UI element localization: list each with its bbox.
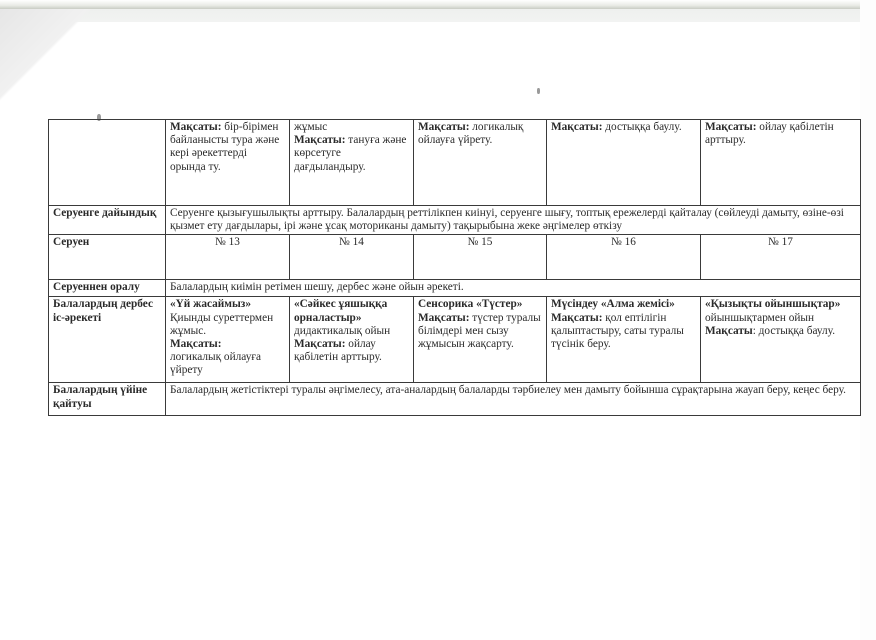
daily-plan-table: Мақсаты: бір-бірімен байланысты тура жән…	[48, 119, 861, 416]
walk-prep-text: Серуенге қызығушылықты арттыру. Балалард…	[166, 206, 861, 235]
cell-body-text: логикалық ойлауға үйрету	[170, 351, 261, 376]
goal-cell: Мақсаты: бір-бірімен байланысты тура жән…	[166, 120, 290, 206]
cell-heading-text: «Үй жасаймыз»	[170, 298, 251, 310]
cell-heading-text: Мақсаты:	[294, 338, 345, 350]
walk-number: № 16	[547, 235, 701, 280]
table-row: Серуеннен оралу Балалардың киімін ретіме…	[49, 280, 861, 297]
cell-heading-text: «Қызықты ойыншықтар»	[705, 298, 840, 310]
walk-number: № 17	[701, 235, 861, 280]
row-label-walk-prep: Серуенге дайындық	[49, 206, 166, 235]
cell-body-text: ойыншықтармен ойын	[705, 312, 814, 324]
row-label	[49, 120, 166, 206]
activity-cell: «Үй жасаймыз»Қиынды суреттермен жұмыс.Ма…	[166, 297, 290, 383]
goal-cell: Мақсаты: ойлау қабілетін арттыру.	[701, 120, 861, 206]
cell-heading-text: Мақсаты:	[418, 121, 469, 133]
goal-cell: жұмысМақсаты: тануға және көрсетуге дағд…	[290, 120, 414, 206]
goal-cell: Мақсаты: логикалық ойлауға үйрету.	[414, 120, 547, 206]
row-label-walk: Серуен	[49, 235, 166, 280]
table-row: Балалардың дербес іс-әрекеті «Үй жасаймы…	[49, 297, 861, 383]
cell-heading-text: Мақсаты:	[294, 134, 345, 146]
cell-body-text: дидактикалық ойын	[294, 325, 390, 337]
walk-number: № 15	[414, 235, 547, 280]
scan-speck	[537, 88, 540, 94]
cell-heading-text: Мақсаты:	[170, 121, 221, 133]
going-home-text: Балалардың жетістіктері туралы әңгімелес…	[166, 383, 861, 416]
table-row: Балалардың үйіне қайтуы Балалардың жетіс…	[49, 383, 861, 416]
cell-heading-text: Мақсаты	[705, 325, 753, 337]
cell-heading-text: Мақсаты:	[170, 338, 221, 350]
activity-cell: «Сәйкес ұяшыққа орналастыр»дидактикалық …	[290, 297, 414, 383]
table-row: Мақсаты: бір-бірімен байланысты тура жән…	[49, 120, 861, 206]
scan-edge	[0, 0, 860, 9]
cell-heading-text: Мақсаты:	[551, 121, 602, 133]
cell-body-text: жұмыс	[294, 121, 327, 133]
cell-heading-text: Мақсаты:	[705, 121, 756, 133]
row-label-independent-activity: Балалардың дербес іс-әрекеті	[49, 297, 166, 383]
walk-number: № 13	[166, 235, 290, 280]
cell-heading-text: «Сәйкес ұяшыққа орналастыр»	[294, 298, 387, 323]
cell-body-text: Қиынды суреттермен жұмыс.	[170, 312, 273, 337]
walk-number: № 14	[290, 235, 414, 280]
table-row: Серуен № 13 № 14 № 15 № 16 № 17	[49, 235, 861, 280]
row-label-return-from-walk: Серуеннен оралу	[49, 280, 166, 297]
goal-cell: Мақсаты: достыққа баулу.	[547, 120, 701, 206]
cell-body-text: достыққа баулу.	[602, 121, 681, 133]
activity-cell: «Қызықты ойыншықтар»ойыншықтармен ойынМа…	[701, 297, 861, 383]
cell-heading-text: Мақсаты:	[551, 312, 602, 324]
return-from-walk-text: Балалардың киімін ретімен шешу, дербес ж…	[166, 280, 861, 297]
activity-cell: Сенсорика «Түстер»Мақсаты: түстер туралы…	[414, 297, 547, 383]
page-fold-shadow	[0, 9, 110, 119]
cell-heading-text: Сенсорика «Түстер»	[418, 298, 522, 310]
table-row: Серуенге дайындық Серуенге қызығушылықты…	[49, 206, 861, 235]
cell-body-text: : достыққа баулу.	[753, 325, 835, 337]
activity-cell: Мүсіндеу «Алма жемісі»Мақсаты: қол ептіл…	[547, 297, 701, 383]
cell-heading-text: Мүсіндеу «Алма жемісі»	[551, 298, 675, 310]
cell-heading-text: Мақсаты:	[418, 312, 469, 324]
row-label-going-home: Балалардың үйіне қайтуы	[49, 383, 166, 416]
